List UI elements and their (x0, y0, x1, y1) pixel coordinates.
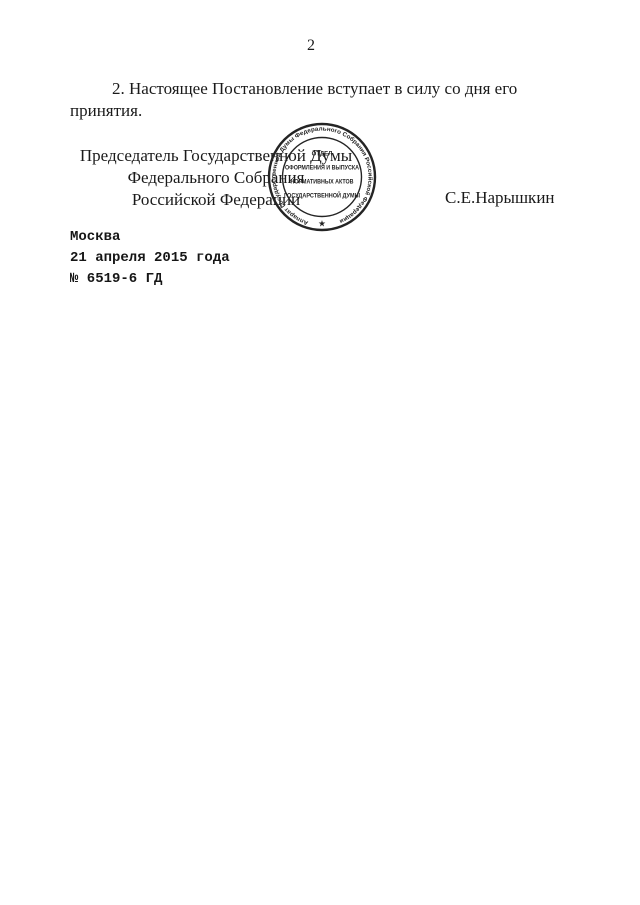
stamp-outer-ring-icon (269, 124, 375, 230)
date: 21 апреля 2015 года (70, 248, 230, 269)
official-round-stamp: Аппарат Государственной Думы Федеральног… (266, 121, 378, 233)
stamp-center-line3: НОРМАТИВНЫХ АКТОВ (291, 180, 355, 186)
stamp-center-line1: ОТДЕЛ (312, 152, 333, 158)
city: Москва (70, 227, 230, 248)
document-number: № 6519-6 ГД (70, 269, 230, 290)
stamp-ring-text: Аппарат Государственной Думы Федеральног… (271, 126, 373, 225)
footer-block: Москва 21 апреля 2015 года № 6519-6 ГД (70, 227, 230, 290)
stamp-center-line4: ГОСУДАРСТВЕННОЙ ДУМЫ (284, 192, 360, 200)
page-number: 2 (0, 37, 622, 55)
resolution-clause: 2. Настоящее Постановление вступает в си… (70, 78, 580, 122)
stamp-inner-ring-icon (283, 138, 362, 217)
document-page: 2 2. Настоящее Постановление вступает в … (0, 0, 640, 905)
stamp-center-line2: ОФОРМЛЕНИЯ И ВЫПУСКА (285, 166, 360, 172)
signatory-name: С.Е.Нарышкин (445, 188, 555, 208)
stamp-star-icon: ★ (319, 219, 327, 228)
